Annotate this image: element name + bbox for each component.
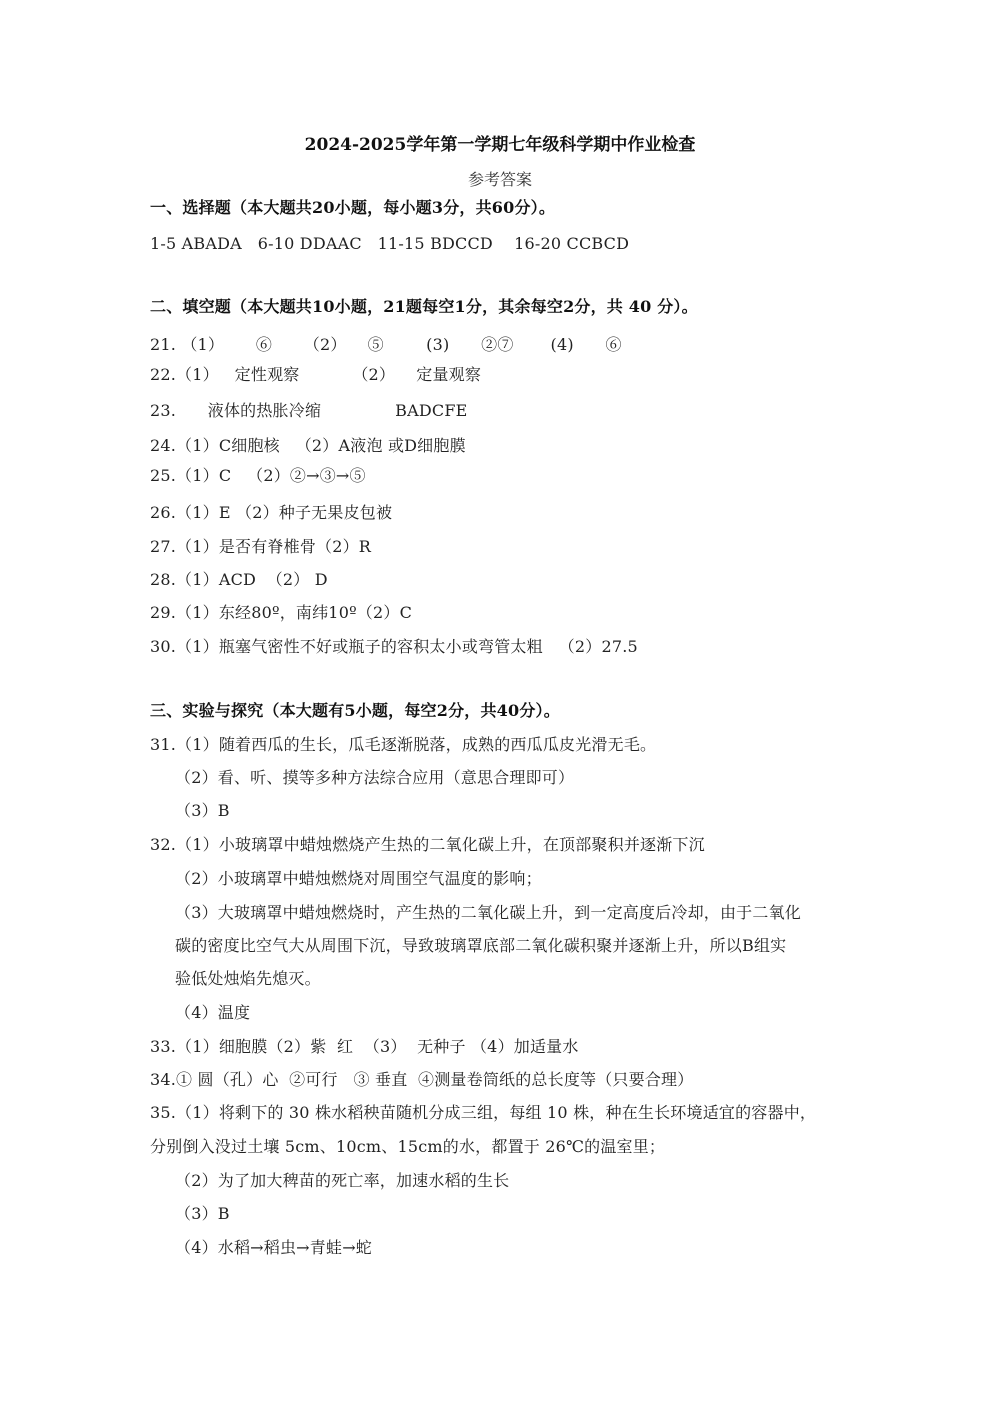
answer-line: （3）大玻璃罩中蜡烛燃烧时，产生热的二氧化碳上升，到一定高度后冷却，由于二氧化 — [175, 903, 801, 923]
answer-line: （2）为了加大稗苗的死亡率，加速水稻的生长 — [175, 1171, 509, 1191]
document-subtitle: 参考答案 — [0, 167, 1000, 190]
answer-line: 29.（1）东经80º，南纬10º（2）C — [150, 603, 412, 623]
section-heading-choice: 一、选择题（本大题共20小题，每小题3分，共60分）。 — [150, 198, 555, 218]
answer-line: （2）看、听、摸等多种方法综合应用（意思合理即可） — [175, 768, 574, 788]
answer-line: 31.（1）随着西瓜的生长，瓜毛逐渐脱落，成熟的西瓜瓜皮光滑无毛。 — [150, 735, 656, 755]
answer-line: 碳的密度比空气大从周围下沉，导致玻璃罩底部二氧化碳积聚并逐渐上升，所以B组实 — [175, 936, 786, 956]
answer-line: 34.① 圆（孔）心 ②可行 ③ 垂直 ④测量卷筒纸的总长度等（只要合理） — [150, 1070, 693, 1090]
answer-line: （3）B — [175, 1204, 230, 1224]
document-title: 2024-2025学年第一学期七年级科学期中作业检查 — [0, 130, 1000, 155]
answer-line: 验低处烛焰先熄灭。 — [175, 969, 321, 989]
answer-line: 27.（1）是否有脊椎骨（2）R — [150, 537, 371, 557]
answer-line: 33.（1）细胞膜（2）紫 红 （3） 无种子 （4）加适量水 — [150, 1037, 579, 1057]
answer-line: 1-5 ABADA 6-10 DDAAC 11-15 BDCCD 16-20 C… — [150, 234, 629, 254]
answer-line: 35.（1）将剩下的 30 株水稻秧苗随机分成三组，每组 10 株，种在生长环境… — [150, 1103, 816, 1123]
answer-line: 32.（1）小玻璃罩中蜡烛燃烧产生热的二氧化碳上升，在顶部聚积并逐渐下沉 — [150, 835, 705, 855]
answer-line: 23. 液体的热胀冷缩 BADCFE — [150, 401, 468, 421]
answer-line: （3）B — [175, 801, 230, 821]
answer-line: （2）小玻璃罩中蜡烛燃烧对周围空气温度的影响； — [175, 869, 542, 889]
section-heading-fill: 二、填空题（本大题共10小题，21题每空1分，其余每空2分，共 40 分）。 — [150, 297, 698, 317]
section-heading-experiment: 三、实验与探究（本大题有5小题，每空2分，共40分）。 — [150, 701, 560, 721]
answer-line: 26.（1）E （2）种子无果皮包被 — [150, 503, 392, 523]
answer-line: 28.（1）ACD （2） D — [150, 570, 328, 590]
answer-line: 24.（1）C细胞核 （2）A液泡 或D细胞膜 — [150, 436, 466, 456]
answer-line: 25.（1）C （2）②→③→⑤ — [150, 466, 366, 486]
answer-line: 22.（1） 定性观察 （2） 定量观察 — [150, 365, 481, 385]
answer-line: 分别倒入没过土壤 5cm、10cm、15cm的水，都置于 26℃的温室里； — [150, 1137, 665, 1157]
answer-line: （4）温度 — [175, 1003, 250, 1023]
answer-line: 30.（1）瓶塞气密性不好或瓶子的容积太小或弯管太粗 （2）27.5 — [150, 637, 638, 657]
answer-line: 21. （1） ⑥ （2） ⑤ (3) ②⑦ (4) ⑥ — [150, 335, 622, 355]
answer-line: （4）水稻→稻虫→青蛙→蛇 — [175, 1238, 372, 1258]
